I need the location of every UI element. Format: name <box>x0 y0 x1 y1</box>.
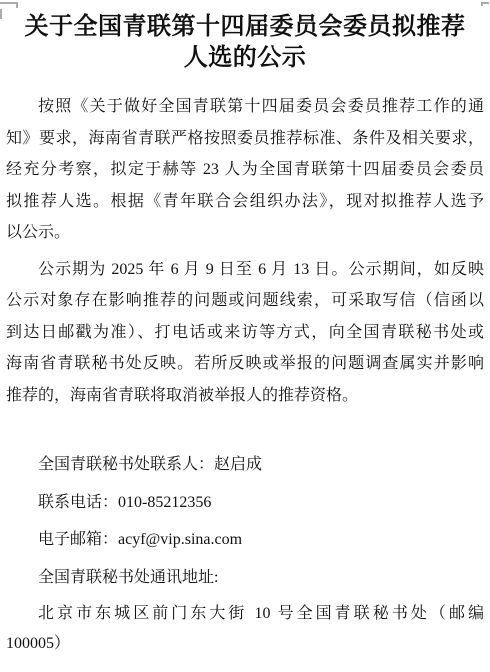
body-text-line: 按照《关于做好全国青联第十四届委员会委员推荐工作的通 <box>6 91 484 123</box>
body-paragraph-1: 按照《关于做好全国青联第十四届委员会委员推荐工作的通知》要求，海南省青联严格按照… <box>6 91 484 249</box>
contact-info-line: 联系电话：010-85212356 <box>6 487 484 519</box>
body-text-line: 推荐的，海南省青联将取消被举报人的推荐资格。 <box>6 380 484 412</box>
mailing-address-line: 北京市东城区前门东大街 10 号全国青联秘书处（邮编 <box>6 599 484 629</box>
document-title-line: 关于全国青联第十四届委员会委员拟推荐 <box>6 12 484 43</box>
contact-info-line: 电子邮箱：acyf@vip.sina.com <box>6 524 484 556</box>
document-title-line: 人选的公示 <box>6 43 484 74</box>
mailing-address-paragraph: 北京市东城区前门东大街 10 号全国青联秘书处（邮编100005） <box>6 599 484 659</box>
body-text-line: 经充分考察，拟定于赫等 23 人为全国青联第十四届委员会委员 <box>6 154 484 186</box>
body-text-line: 拟推荐人选。根据《青年联合会组织办法》，现对拟推荐人选予 <box>6 186 484 218</box>
text-boundary-mark-left <box>0 9 2 19</box>
text-boundary-mark-top-left-tick <box>16 2 18 8</box>
contact-info-line: 全国青联秘书处通讯地址: <box>6 562 484 594</box>
body-text-line: 海南省青联秘书处反映。若所反映或举报的问题调查属实并影响 <box>6 348 484 380</box>
mailing-address-line: 100005） <box>6 629 484 659</box>
body-text-line: 到达日邮戳为准）、打电话或来访等方式，向全国青联秘书处或 <box>6 317 484 349</box>
body-text-line: 公示期为 2025 年 6 月 9 日至 6 月 13 日。公示期间，如反映 <box>6 254 484 286</box>
body-text-line: 以公示。 <box>6 217 484 249</box>
body-paragraph-2: 公示期为 2025 年 6 月 9 日至 6 月 13 日。公示期间，如反映公示… <box>6 254 484 412</box>
body-text-line: 知》要求，海南省青联严格按照委员推荐标准、条件及相关要求， <box>6 123 484 155</box>
contact-info-line: 全国青联秘书处联系人：赵启成 <box>6 449 484 481</box>
body-text-line: 公示对象存在影响推荐的问题或问题线索，可采取写信（信函以 <box>6 285 484 317</box>
document-title: 关于全国青联第十四届委员会委员拟推荐人选的公示 <box>6 12 484 74</box>
text-boundary-mark-top-right-tick <box>481 2 483 6</box>
document-page: 关于全国青联第十四届委员会委员拟推荐人选的公示 按照《关于做好全国青联第十四届委… <box>0 0 490 672</box>
contact-info-block: 全国青联秘书处联系人：赵启成联系电话：010-85212356电子邮箱：acyf… <box>6 449 484 593</box>
